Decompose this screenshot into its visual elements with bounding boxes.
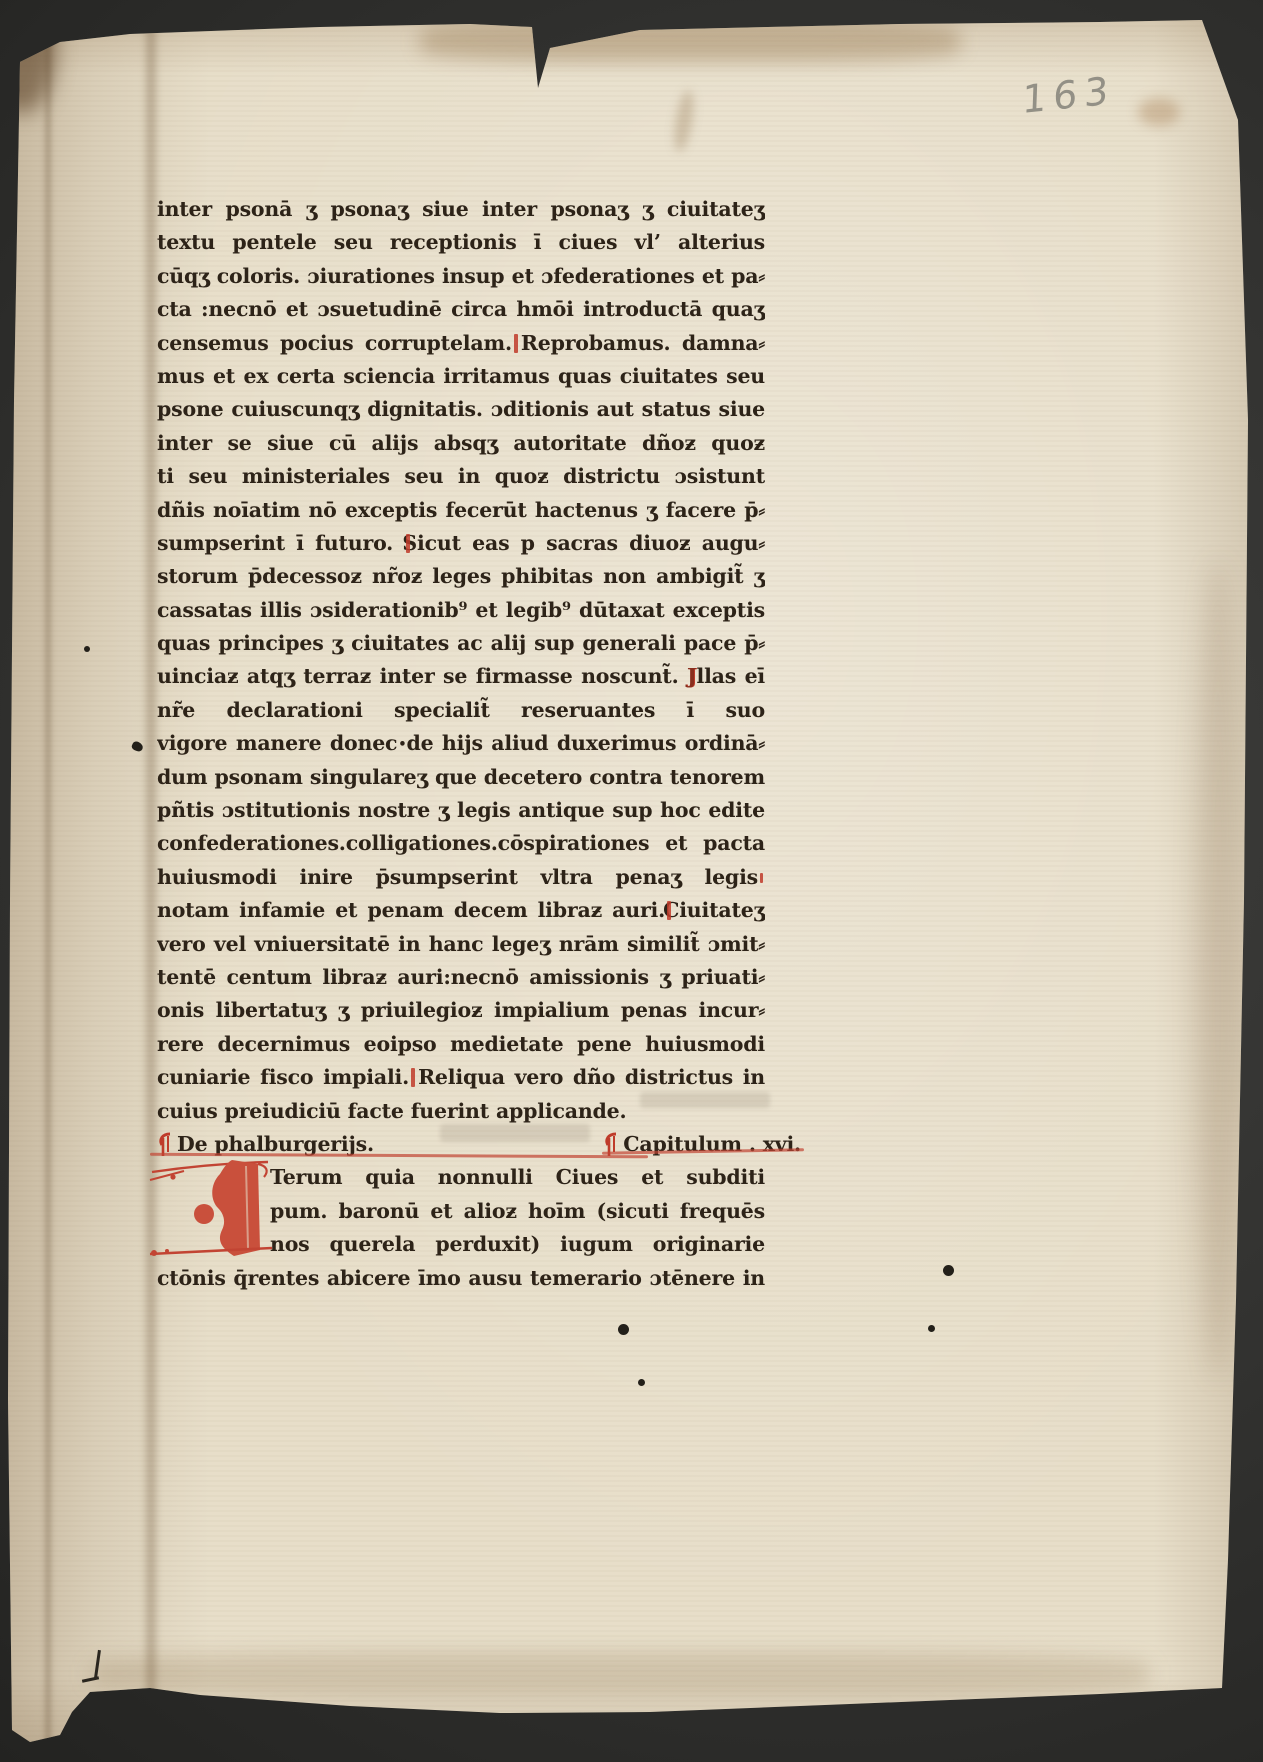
gutter-fold-shadow [42, 0, 54, 1762]
text-line: sumpserint ī futuro. Sicut eas p sacras … [157, 527, 765, 560]
heading-right-label: Capitulum . xvi. [623, 1128, 801, 1161]
ink-scratch [82, 1676, 99, 1682]
text-line: ti seu ministeriales seu in quoƶ distric… [157, 460, 765, 493]
top-edge-stain [420, 20, 960, 62]
text-line: notam infamie et penam decem libraƶ auri… [157, 894, 765, 927]
paraph-icon [603, 1132, 618, 1158]
right-edge-stain [1138, 98, 1180, 126]
text-line: vero vel vniuersitatē in hanc legeʒ nrām… [157, 928, 765, 961]
text-line: mus et ex certa sciencia irritamus quas … [157, 360, 765, 393]
text-line: cūqʒ coloris. ɔiurationes insup et ɔfede… [157, 260, 765, 293]
text-line: cuius preiudiciū facte fuerint applicand… [157, 1095, 765, 1128]
bottom-edge-stain [90, 1652, 1150, 1696]
text-line: inter psonā ʒ psonaʒ siue inter psonaʒ ʒ… [157, 193, 765, 226]
text-line: censemus pocius corruptelam.Reprobamus. … [157, 327, 765, 360]
scanned-book-page: 163 inter psonā ʒ psonaʒ siue inter pson… [0, 0, 1263, 1762]
text-line: cassatas illis ɔsiderationib⁹ et legib⁹ … [157, 594, 765, 627]
initial-I: I [146, 1150, 286, 1268]
ink-speck [84, 646, 90, 652]
text-line: quas principes ʒ ciuitates ac alij sup g… [157, 627, 765, 660]
ink-speck [638, 1379, 645, 1386]
text-line: cta :necnō et ɔsuetudinē circa hmōi intr… [157, 293, 765, 326]
text-line: vigore manere donec•de hijs aliud duxeri… [157, 727, 765, 760]
text-line: pñtis ɔstitutionis nostre ʒ legis antiqu… [157, 794, 765, 827]
text-line: storum p̄decessoƶ nr̃oƶ leges phibitas n… [157, 560, 765, 593]
text-line: cuniarie fisco impiali.Reliqua vero dño … [157, 1061, 765, 1094]
stain-streak [671, 89, 697, 153]
text-line: rere decernimus eoipso medietate pene hu… [157, 1028, 765, 1061]
text-line: textu pentele seu receptionis ī ciues vl… [157, 226, 765, 259]
ink-scratch [94, 1650, 101, 1678]
ink-speck [618, 1324, 629, 1335]
folio-number: 163 [1022, 71, 1116, 119]
text-line: nos querela perduxit) iugum originarie s… [270, 1228, 765, 1261]
right-margin-tone [1196, 560, 1240, 1380]
text-line: onis libertatuʒ ʒ priuilegioƶ impialium … [157, 994, 765, 1027]
text-line: Terum quia nonnulli Ciues et subditi pri… [270, 1161, 765, 1194]
text-line: nr̃e declarationi specialit̃ reseruantes… [157, 694, 765, 727]
ink-speck [928, 1325, 935, 1332]
text-line: psone cuiuscunqʒ dignitatis. ɔditionis a… [157, 393, 765, 426]
text-line: uinciaƶ atqʒ terraƶ inter se firmasse no… [157, 660, 765, 693]
parchment-page: 163 inter psonā ʒ psonaʒ siue inter pson… [0, 0, 1263, 1762]
text-line: dñis noīatim nō exceptis fecerūt hactenu… [157, 494, 765, 527]
text-line: confederationes.colligationes.cōspiratio… [157, 827, 765, 860]
text-line: pum. baronū et alioƶ hoīm (sicuti frequē… [270, 1195, 765, 1228]
text-block: inter psonā ʒ psonaʒ siue inter psonaʒ ʒ… [157, 193, 765, 1295]
ink-speck [943, 1265, 954, 1276]
paragraph-1: inter psonā ʒ psonaʒ siue inter psonaʒ ʒ… [157, 193, 765, 1128]
heading-right: Capitulum . xvi. [603, 1128, 801, 1161]
text-line: inter se siue cū alijs absqʒ autoritate … [157, 427, 765, 460]
lombardic-initial-icon [146, 1150, 286, 1268]
text-line: tentē centum libraƶ auri:necnō amissioni… [157, 961, 765, 994]
text-line: huiusmodi inire p̄sumpserint vltra penaʒ… [157, 861, 765, 894]
text-line: dum psonam singulareʒ que decetero contr… [157, 761, 765, 794]
